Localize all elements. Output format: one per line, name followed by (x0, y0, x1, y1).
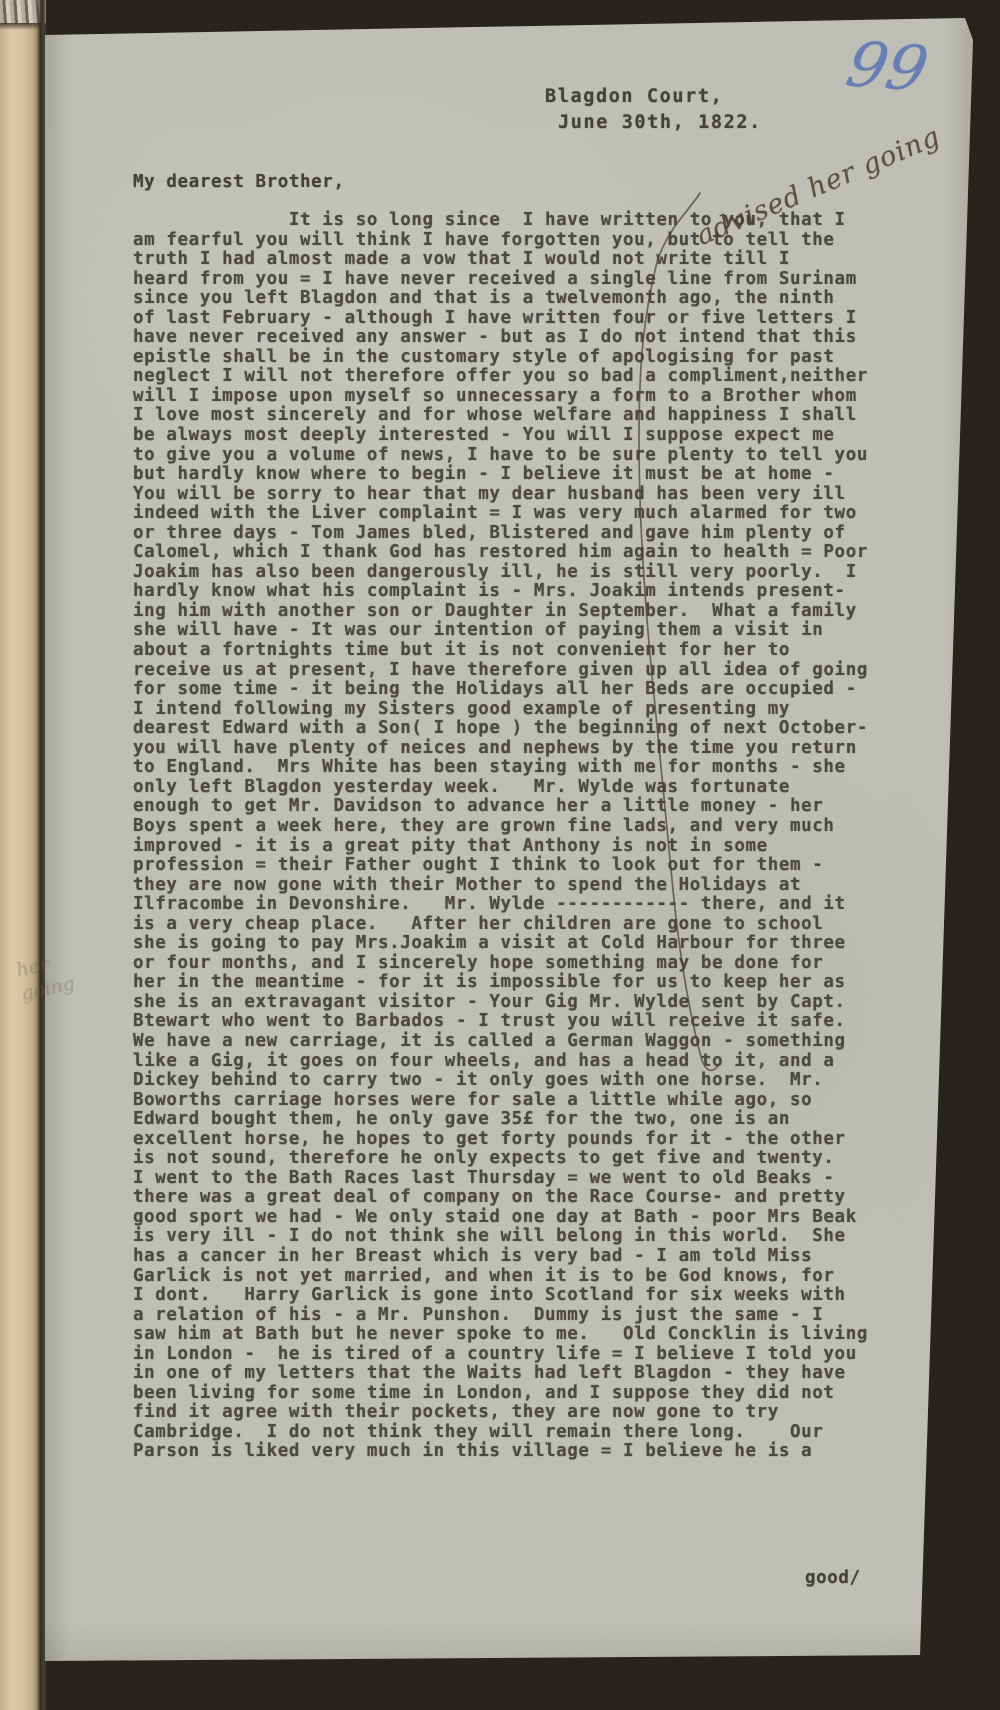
letter-page: Blagdon Court, June 30th, 1822. My deare… (40, 0, 980, 1672)
letterhead-date: June 30th, 1822. (558, 112, 762, 133)
letterhead-place: Blagdon Court, (545, 86, 723, 107)
page-number-annotation: 99 (840, 28, 934, 106)
scanned-letter-page: Blagdon Court, June 30th, 1822. My deare… (0, 0, 1000, 1710)
catchword: good/ (805, 1568, 861, 1588)
book-fore-edge (0, 0, 40, 1710)
salutation: My dearest Brother, (133, 172, 345, 192)
letter-body: It is so long since I have written to yo… (133, 211, 868, 1462)
